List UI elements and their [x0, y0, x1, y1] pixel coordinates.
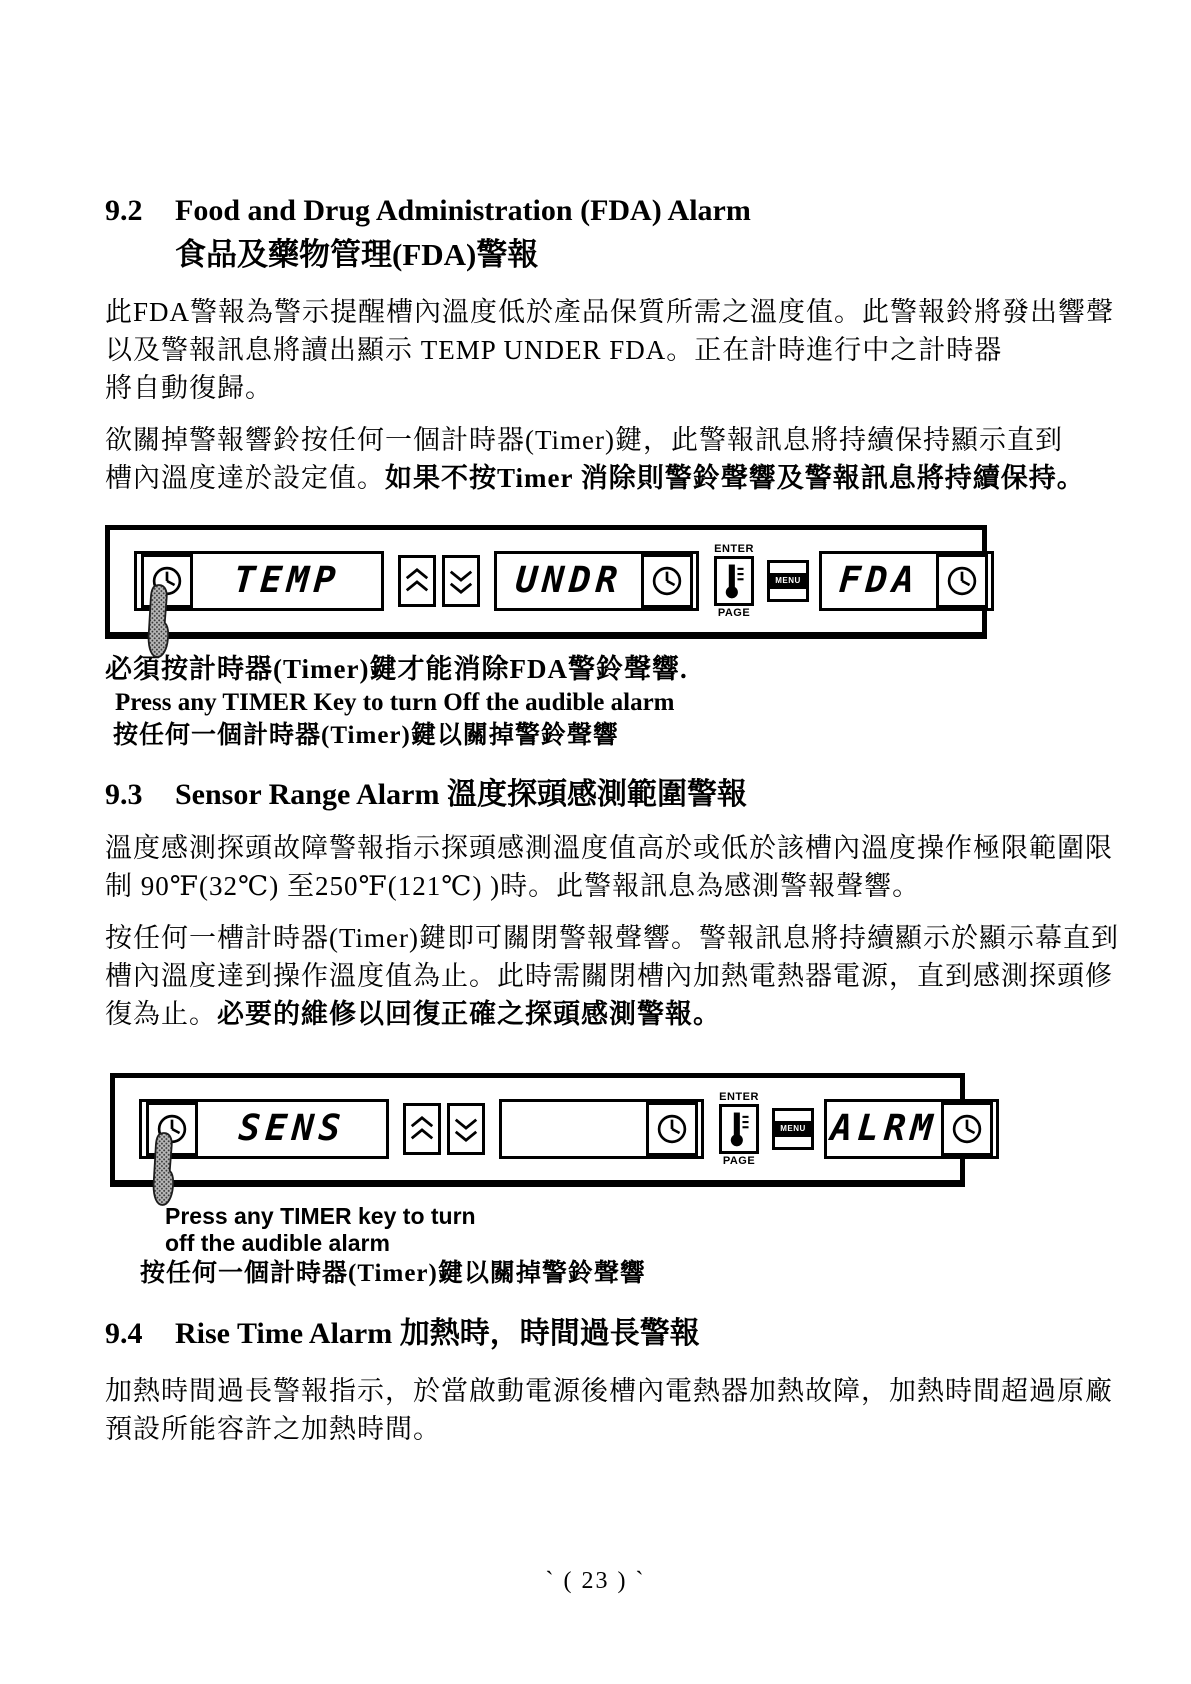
menu-label: MENU — [775, 1121, 811, 1137]
panel2-caption-zh: 按任何一個計時器(Timer)鍵以關掉警鈴聲響 — [140, 1257, 1091, 1290]
control-panel-diagram-fda: TEMP UNDR — [105, 525, 987, 639]
page-label: PAGE — [718, 607, 750, 619]
panel2-caption-en-line2: off the audible alarm — [165, 1230, 1091, 1257]
menu-button[interactable]: MENU — [772, 1108, 814, 1150]
control-panel-diagram-sensor: SENS — [110, 1073, 965, 1187]
thermometer-icon — [721, 561, 747, 601]
timer-clock-button[interactable] — [936, 554, 988, 608]
section-9-3-heading: 9.3 Sensor Range Alarm 溫度探頭感測範圍警報 — [105, 777, 1091, 813]
clock-icon — [656, 1113, 688, 1145]
panel2-caption-en-line1: Press any TIMER key to turn — [165, 1203, 1091, 1230]
double-chevron-up-icon — [403, 564, 431, 598]
timer-display-window: UNDR — [494, 551, 699, 611]
section-number: 9.3 — [105, 777, 175, 813]
enter-page-control: ENTER PAGE — [714, 1091, 764, 1167]
section-number: 9.4 — [105, 1316, 175, 1352]
clock-icon — [651, 565, 683, 597]
lcd-readout: UNDR — [496, 563, 643, 599]
double-chevron-up-icon — [408, 1112, 436, 1146]
paragraph: 此FDA警報為警示提醒槽內溫度低於產品保質所需之溫度值。此警報鈴將發出響聲 以及… — [105, 293, 1091, 407]
paragraph: 加熱時間過長警報指示，於當啟動電源後槽內電熱器加熱故障，加熱時間超過原廠 預設所… — [105, 1372, 1091, 1448]
timer-clock-button[interactable] — [141, 554, 193, 608]
paragraph: 溫度感測探頭故障警報指示探頭感測溫度值高於或低於該槽內溫度操作極限範圍限 制 9… — [105, 829, 1091, 905]
panel1-caption-zh: 按任何一個計時器(Timer)鍵以關掉警鈴聲響 — [113, 720, 1091, 751]
section-9-2-subtitle-zh: 食品及藥物管理(FDA)警報 — [175, 235, 1091, 275]
timer-display-window: TEMP — [134, 551, 384, 611]
timer-clock-button[interactable] — [146, 1102, 198, 1156]
thermometer-button[interactable] — [719, 1104, 759, 1154]
section-title: Sensor Range Alarm 溫度探頭感測範圍警報 — [175, 777, 747, 813]
timer-display-window: ALRM — [824, 1099, 999, 1159]
panel1-caption-en: Press any TIMER Key to turn Off the audi… — [115, 687, 1091, 718]
panel1-caption-zh-strong: 必須按計時器(Timer)鍵才能消除FDA警鈴聲響. — [105, 653, 1091, 685]
page-label: PAGE — [723, 1155, 755, 1167]
enter-page-control: ENTER PAGE — [709, 543, 759, 619]
timer-clock-button[interactable] — [941, 1102, 993, 1156]
menu-label: MENU — [770, 573, 806, 589]
section-title: Food and Drug Administration (FDA) Alarm — [175, 193, 751, 229]
section-9-2-heading: 9.2 Food and Drug Administration (FDA) A… — [105, 193, 1091, 229]
timer-display-window: SENS — [139, 1099, 389, 1159]
timer-clock-button[interactable] — [641, 554, 693, 608]
double-chevron-down-icon — [452, 1112, 480, 1146]
enter-label: ENTER — [714, 543, 754, 555]
section-title: Rise Time Alarm 加熱時，時間過長警報 — [175, 1316, 700, 1352]
lcd-readout: TEMP — [192, 563, 383, 599]
timer-display-window: FDA — [819, 551, 994, 611]
clock-icon — [151, 565, 183, 597]
clock-icon — [156, 1113, 188, 1145]
manual-page: 9.2 Food and Drug Administration (FDA) A… — [0, 0, 1191, 1684]
lcd-readout: FDA — [821, 563, 938, 599]
scroll-up-button[interactable] — [398, 555, 436, 607]
clock-icon — [951, 1113, 983, 1145]
timer-display-window — [499, 1099, 704, 1159]
section-9-4-heading: 9.4 Rise Time Alarm 加熱時，時間過長警報 — [105, 1316, 1091, 1352]
lcd-readout: SENS — [197, 1111, 388, 1147]
scroll-down-button[interactable] — [447, 1103, 485, 1155]
thermometer-button[interactable] — [714, 556, 754, 606]
timer-clock-button[interactable] — [646, 1102, 698, 1156]
scroll-down-button[interactable] — [442, 555, 480, 607]
page-number: ` ( 23 ) ` — [0, 1568, 1191, 1595]
paragraph: 按任何一槽計時器(Timer)鍵即可關閉警報聲響。警報訊息將持續顯示於顯示幕直到… — [105, 919, 1091, 1033]
thermometer-icon — [726, 1109, 752, 1149]
clock-icon — [946, 565, 978, 597]
section-number: 9.2 — [105, 193, 175, 229]
lcd-readout: ALRM — [826, 1111, 943, 1147]
scroll-up-button[interactable] — [403, 1103, 441, 1155]
paragraph: 欲關掉警報響鈴按任何一個計時器(Timer)鍵，此警報訊息將持續保持顯示直到 槽… — [105, 421, 1091, 497]
enter-label: ENTER — [719, 1091, 759, 1103]
menu-button[interactable]: MENU — [767, 560, 809, 602]
double-chevron-down-icon — [447, 564, 475, 598]
